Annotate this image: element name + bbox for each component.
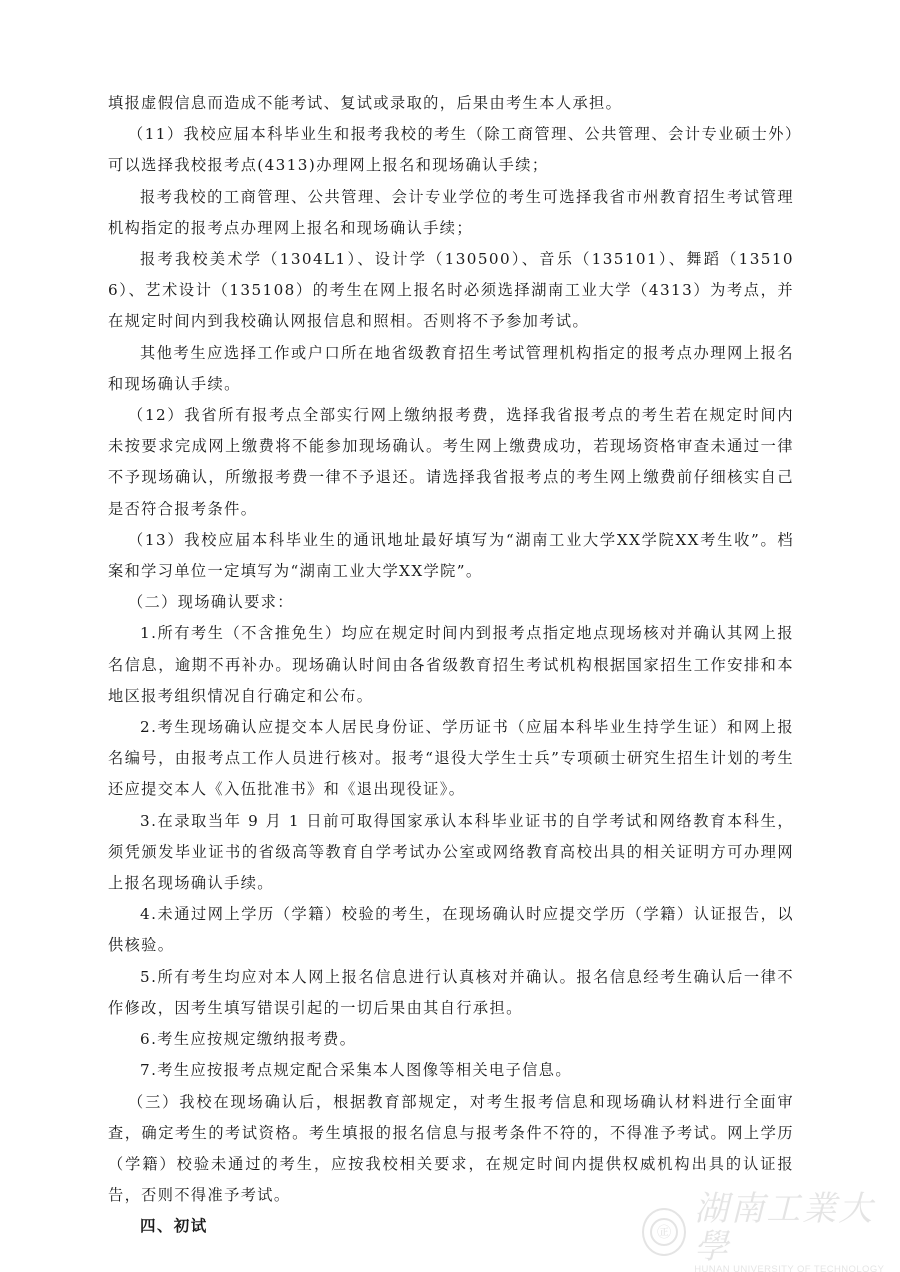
requirement-2: 2.考生现场确认应提交本人居民身份证、学历证书（应届本科毕业生持学生证）和网上报… [108, 712, 794, 806]
requirement-7: 7.考生应按报考点规定配合采集本人图像等相关电子信息。 [108, 1055, 794, 1086]
paragraph-item-11: （11）我校应届本科毕业生和报考我校的考生（除工商管理、公共管理、会计专业硕士外… [108, 119, 794, 181]
requirement-5: 5.所有考生均应对本人网上报名信息进行认真核对并确认。报名信息经考生确认后一律不… [108, 962, 794, 1024]
requirement-1: 1.所有考生（不含推免生）均应在规定时间内到报考点指定地点现场核对并确认其网上报… [108, 618, 794, 712]
university-name-en: HUNAN UNIVERSITY OF TECHNOLOGY [694, 1264, 892, 1272]
seal-center-glyph: ㊣ [650, 1218, 678, 1246]
university-seal-icon: ㊣ [642, 1208, 686, 1256]
paragraph-mba-note: 报考我校的工商管理、公共管理、会计专业学位的考生可选择我省市州教育招生考试管理机… [108, 182, 794, 244]
paragraph-item-13: （13）我校应届本科毕业生的通讯地址最好填写为“湖南工业大学XX学院XX考生收”… [108, 525, 794, 587]
paragraph-other-candidates: 其他考生应选择工作或户口所在地省级教育招生考试管理机构指定的报考点办理网上报名和… [108, 338, 794, 400]
paragraph-item-12: （12）我省所有报考点全部实行网上缴纳报考费，选择我省报考点的考生若在规定时间内… [108, 400, 794, 525]
paragraph-section-3: （三）我校在现场确认后，根据教育部规定，对考生报考信息和现场确认材料进行全面审查… [108, 1087, 794, 1212]
document-page: 填报虚假信息而造成不能考试、复试或录取的，后果由考生本人承担。 （11）我校应届… [108, 88, 794, 1243]
requirement-4: 4.未通过网上学历（学籍）校验的考生，在现场确认时应提交学历（学籍）认证报告，以… [108, 899, 794, 961]
paragraph-art-majors: 报考我校美术学（1304L1）、设计学（130500）、音乐（135101）、舞… [108, 244, 794, 338]
paragraph-1: 填报虚假信息而造成不能考试、复试或录取的，后果由考生本人承担。 [108, 88, 794, 119]
requirement-6: 6.考生应按规定缴纳报考费。 [108, 1024, 794, 1055]
subheading-onsite-confirmation: （二）现场确认要求： [108, 587, 794, 618]
university-name-cn: 湖南工業大學 [694, 1190, 892, 1266]
university-watermark-logo: ㊣ 湖南工業大學 HUNAN UNIVERSITY OF TECHNOLOGY [642, 1200, 892, 1264]
requirement-3: 3.在录取当年 9 月 1 日前可取得国家承认本科毕业证书的自学考试和网络教育本… [108, 806, 794, 900]
